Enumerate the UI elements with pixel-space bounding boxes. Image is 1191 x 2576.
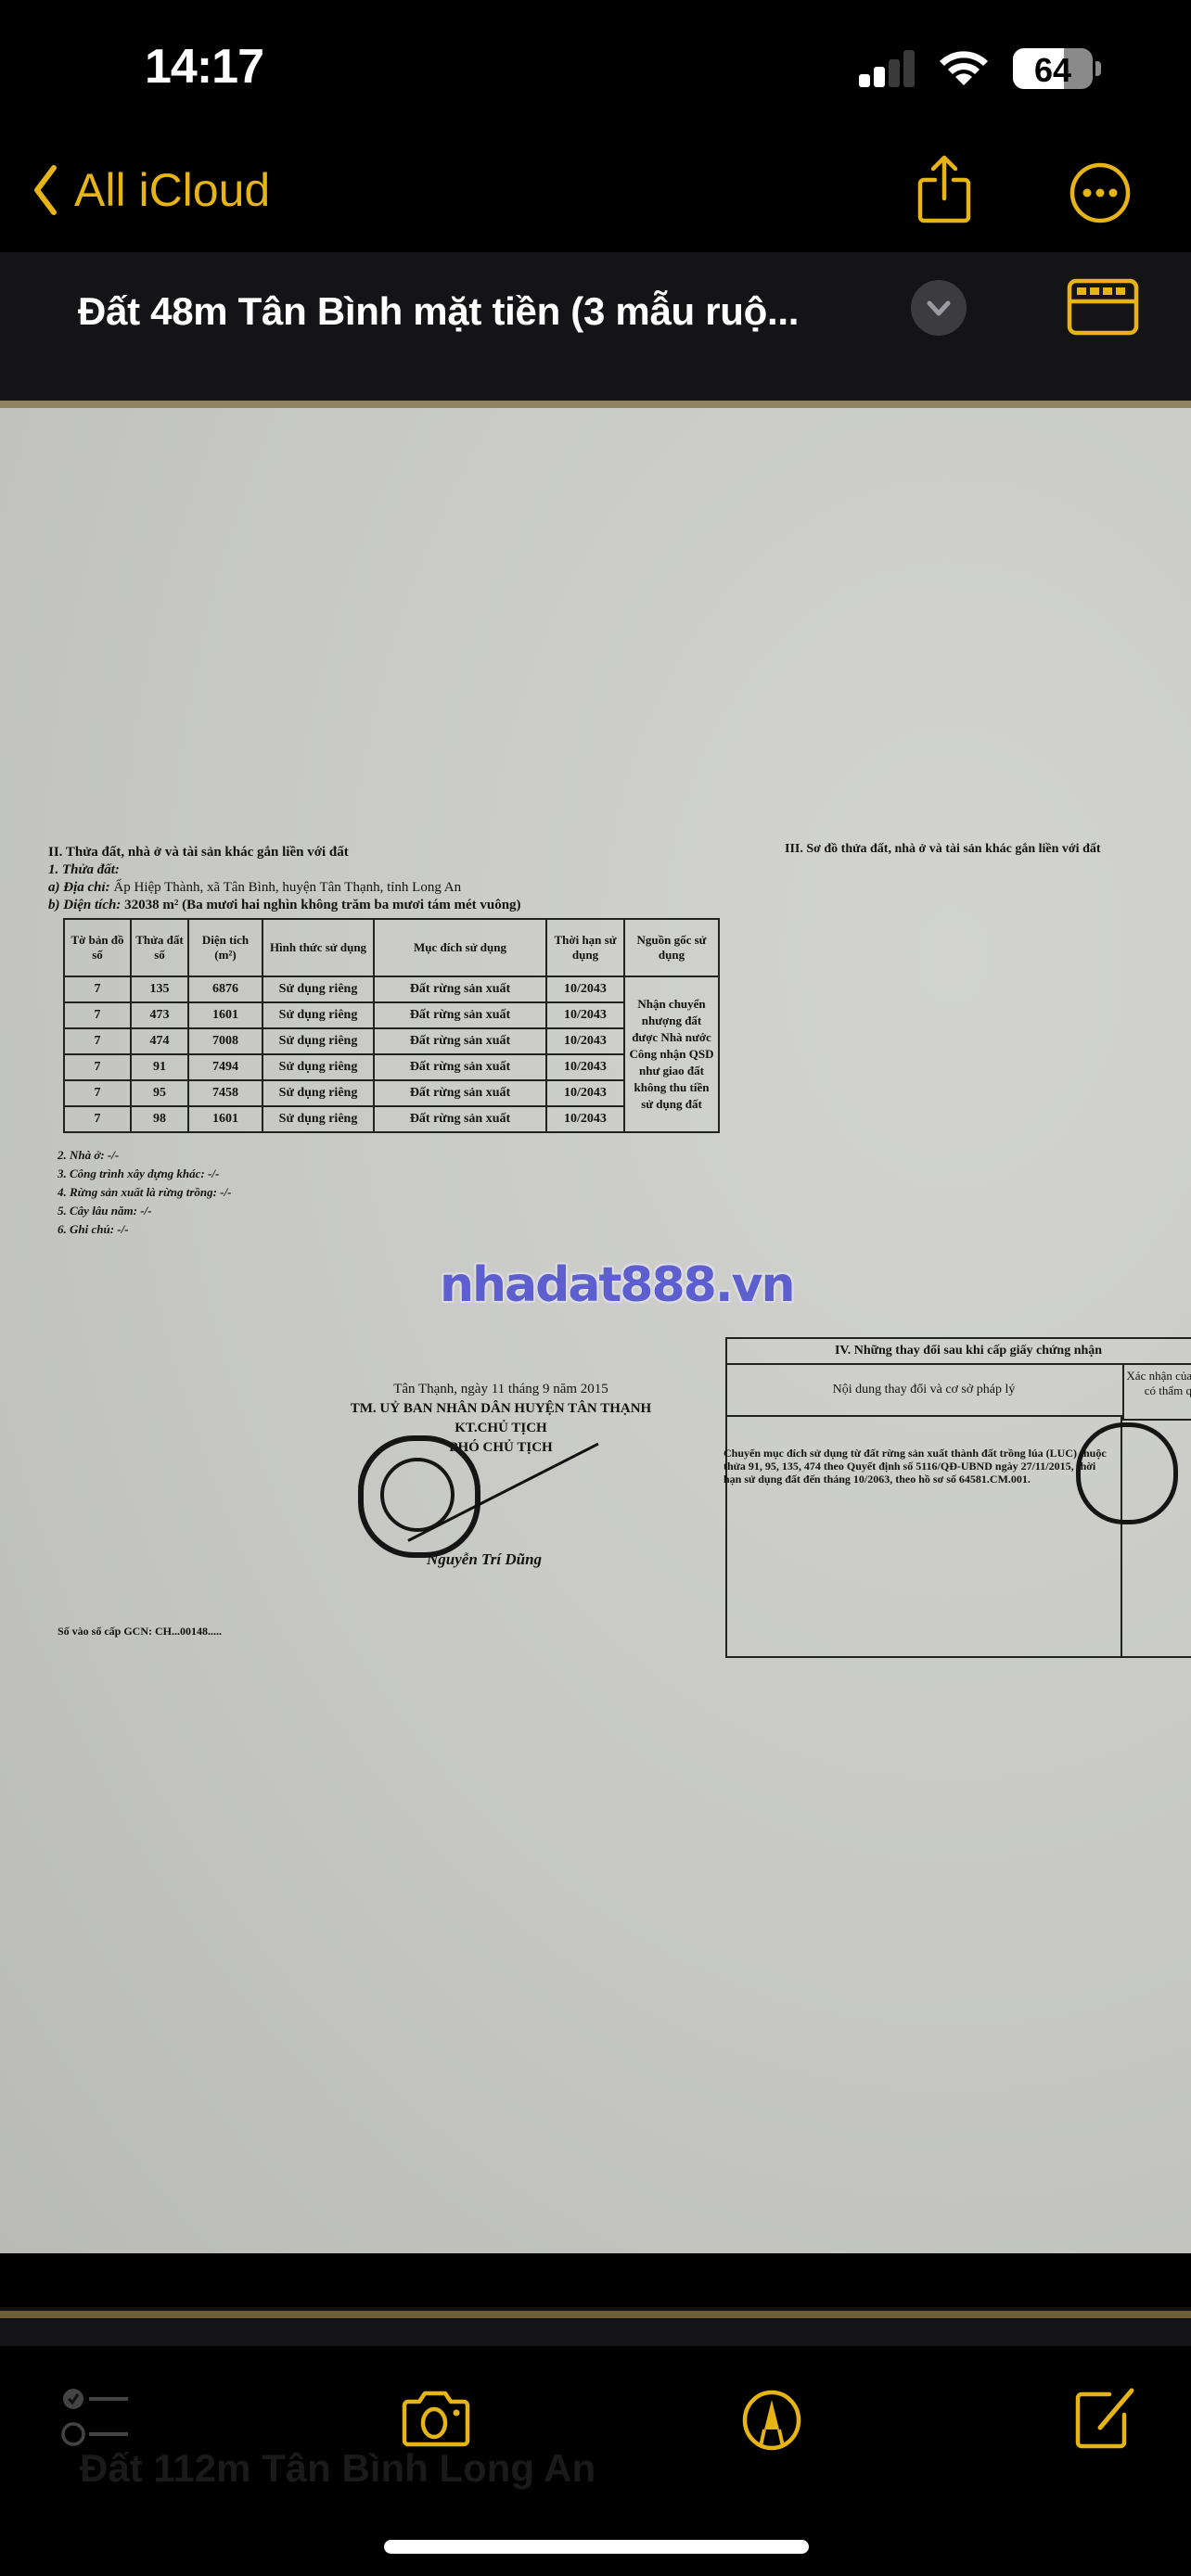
parcel-cell: Sử dụng riêng: [263, 1028, 374, 1054]
parcel-cell: 1601: [188, 1106, 263, 1132]
parcel-cell: 135: [131, 976, 188, 1002]
chevron-left-icon: [32, 164, 58, 216]
parcel-cell: 10/2043: [546, 1080, 624, 1106]
parcel-cell: 7008: [188, 1028, 263, 1054]
parcel-cell: 98: [131, 1106, 188, 1132]
parcel-header-cell: Thửa đất số: [131, 919, 188, 976]
document-top-edge: [0, 401, 1191, 408]
parcel-table: Tờ bản đồ sốThửa đất sốDiện tích (m²)Hìn…: [63, 918, 720, 1133]
parcel-cell: 7494: [188, 1054, 263, 1080]
note-title-bar: Đất 48m Tân Bình mặt tiền (3 mẫu ruộ...: [0, 252, 1191, 401]
area-label: b) Diện tích:: [48, 898, 121, 912]
status-time: 14:17: [145, 39, 263, 95]
parcel-cell: Sử dụng riêng: [263, 1054, 374, 1080]
parcel-cell: Sử dụng riêng: [263, 1080, 374, 1106]
wifi-icon: [937, 46, 991, 87]
camera-icon[interactable]: [399, 2391, 473, 2448]
section-3-heading: III. Sơ đồ thửa đất, nhà ở và tài sản kh…: [785, 842, 1101, 857]
status-bar: 14:17 64: [0, 0, 1191, 130]
section-2: II. Thửa đất, nhà ở và tài sản khác gắn …: [48, 844, 521, 914]
note-separator: [0, 2318, 1191, 2346]
address-label: a) Địa chỉ:: [48, 880, 110, 895]
title-dropdown-button[interactable]: [911, 280, 967, 336]
parcel-cell: 10/2043: [546, 1106, 624, 1132]
parcel-cell: 7: [64, 976, 131, 1002]
markup-pen-icon[interactable]: [740, 2389, 803, 2452]
parcel-cell: Đất rừng sản xuất: [374, 1054, 546, 1080]
watermark: nhadat888.vn: [440, 1257, 794, 1313]
note-line: 5. Cây lâu năm: -/-: [58, 1202, 232, 1220]
parcel-cell: Đất rừng sản xuất: [374, 1106, 546, 1132]
table-row: 74747008Sử dụng riêngĐất rừng sản xuất10…: [64, 1028, 719, 1054]
changes-heading: IV. Những thay đổi sau khi cấp giấy chứn…: [727, 1339, 1191, 1365]
area-value: 32038 m² (Ba mươi hai nghìn không trăm b…: [124, 898, 520, 912]
parcel-header-cell: Hình thức sử dụng: [263, 919, 374, 976]
parcel-origin-cell: Nhận chuyển nhượng đất được Nhà nước Côn…: [624, 976, 719, 1132]
back-label: All iCloud: [74, 163, 270, 217]
home-indicator[interactable]: [384, 2540, 809, 2554]
parcel-cell: 10/2043: [546, 1054, 624, 1080]
official-seal-2: [1076, 1422, 1178, 1524]
parcel-cell: 10/2043: [546, 1028, 624, 1054]
note-title[interactable]: Đất 48m Tân Bình mặt tiền (3 mẫu ruộ...: [78, 289, 799, 334]
parcel-cell: 7: [64, 1002, 131, 1028]
parcel-header-cell: Diện tích (m²): [188, 919, 263, 976]
signature-date: Tân Thạnh, ngày 11 tháng 9 năm 2015: [315, 1380, 686, 1399]
parcel-cell: 10/2043: [546, 1002, 624, 1028]
note-line: 6. Ghi chú: -/-: [58, 1220, 232, 1239]
note-line: 3. Công trình xây dựng khác: -/-: [58, 1165, 232, 1183]
changes-col-confirm: Xác nhận của cơ quan có thẩm quyền: [1122, 1365, 1191, 1421]
parcel-cell: Đất rừng sản xuất: [374, 1028, 546, 1054]
parcel-cell: 91: [131, 1054, 188, 1080]
table-row: 71356876Sử dụng riêngĐất rừng sản xuất10…: [64, 976, 719, 1002]
chevron-down-icon: [911, 280, 967, 336]
navigation-bar: All iCloud: [0, 130, 1191, 252]
document-notes: 2. Nhà ở: -/-3. Công trình xây dựng khác…: [58, 1146, 232, 1239]
parcel-cell: 95: [131, 1080, 188, 1106]
parcel-cell: 10/2043: [546, 976, 624, 1002]
parcel-cell: 7458: [188, 1080, 263, 1106]
parcel-cell: 1601: [188, 1002, 263, 1028]
compose-icon[interactable]: [1072, 2387, 1137, 2450]
table-row: 7917494Sử dụng riêngĐất rừng sản xuất10/…: [64, 1054, 719, 1080]
note-line: 2. Nhà ở: -/-: [58, 1146, 232, 1165]
signer-name: Nguyễn Trí Dũng: [427, 1550, 542, 1569]
address-value: Ấp Hiệp Thành, xã Tân Bình, huyện Tân Th…: [113, 880, 461, 895]
parcel-header-cell: Tờ bản đồ số: [64, 919, 131, 976]
ellipsis-circle-icon[interactable]: [1069, 161, 1132, 224]
parcel-cell: 7: [64, 1106, 131, 1132]
parcel-header-cell: Thời hạn sử dụng: [546, 919, 624, 976]
table-row: 74731601Sử dụng riêngĐất rừng sản xuất10…: [64, 1002, 719, 1028]
cellular-signal-icon: [859, 50, 916, 87]
parcel-cell: Đất rừng sản xuất: [374, 1002, 546, 1028]
parcel-cell: 473: [131, 1002, 188, 1028]
parcel-cell: Sử dụng riêng: [263, 1106, 374, 1132]
signature-block: Tân Thạnh, ngày 11 tháng 9 năm 2015 TM. …: [315, 1380, 686, 1458]
battery-tip: [1095, 61, 1101, 76]
checklist-icon[interactable]: [61, 2387, 132, 2448]
table-row: 7957458Sử dụng riêngĐất rừng sản xuất10/…: [64, 1080, 719, 1106]
parcel-cell: Sử dụng riêng: [263, 976, 374, 1002]
section-2-sub1: 1. Thửa đất:: [48, 861, 521, 879]
parcel-cell: 7: [64, 1054, 131, 1080]
parcel-cell: 474: [131, 1028, 188, 1054]
parcel-header-cell: Nguồn gốc sử dụng: [624, 919, 719, 976]
battery-indicator: 64: [1013, 48, 1093, 89]
gallery-view-icon[interactable]: [1067, 278, 1139, 336]
parcel-cell: 7: [64, 1028, 131, 1054]
changes-content: Chuyển mục đích sử dụng từ đất rừng sản …: [724, 1447, 1113, 1486]
share-icon[interactable]: [916, 154, 972, 224]
section-2-heading: II. Thửa đất, nhà ở và tài sản khác gắn …: [48, 844, 521, 861]
parcel-cell: 7: [64, 1080, 131, 1106]
note-line: 4. Rừng sản xuất là rừng trồng: -/-: [58, 1183, 232, 1202]
table-row: 7981601Sử dụng riêngĐất rừng sản xuất10/…: [64, 1106, 719, 1132]
parcel-cell: Đất rừng sản xuất: [374, 976, 546, 1002]
battery-percent: 64: [1013, 51, 1093, 89]
official-seal: [358, 1435, 480, 1558]
changes-col-content: Nội dung thay đổi và cơ sở pháp lý: [727, 1365, 1121, 1417]
signature-org: TM. UỶ BAN NHÂN DÂN HUYỆN TÂN THẠNH: [315, 1399, 686, 1419]
registry-number: Số vào sổ cấp GCN: CH...00148.....: [58, 1625, 222, 1639]
back-button[interactable]: All iCloud: [32, 158, 270, 223]
next-note-title: Đất 112m Tân Bình Long An: [80, 2446, 595, 2491]
parcel-cell: Đất rừng sản xuất: [374, 1080, 546, 1106]
signature-role1: KT.CHỦ TỊCH: [315, 1419, 686, 1438]
parcel-cell: Sử dụng riêng: [263, 1002, 374, 1028]
scanned-document[interactable]: [0, 401, 1191, 2253]
parcel-cell: 6876: [188, 976, 263, 1002]
parcel-header-cell: Mục đích sử dụng: [374, 919, 546, 976]
